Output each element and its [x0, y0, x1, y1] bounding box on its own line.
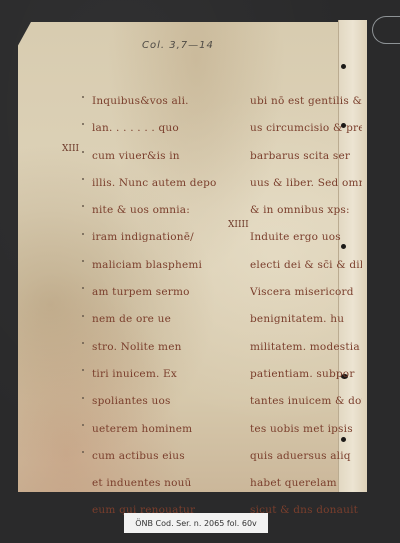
text-line: benignitatem. hu [250, 306, 362, 333]
text-line: cum actibus eius [92, 443, 232, 470]
text-line: barbarus scita ser [250, 143, 362, 170]
text-line: lan. . . . . . . quo [92, 115, 232, 142]
text-line: nem de ore ue [92, 306, 232, 333]
mounting-clip-icon [372, 16, 400, 44]
text-line: militatem. modestia [250, 334, 362, 361]
pencil-foliation-note: Col. 3,7—14 [142, 40, 214, 51]
text-line: habet querelam [250, 470, 362, 497]
text-line: quis aduersus aliq [250, 443, 362, 470]
text-line: Induite ergo uos [250, 224, 362, 251]
text-line: nite & uos omnia: [92, 197, 232, 224]
text-line: stro. Nolite men [92, 334, 232, 361]
text-line: Inquibus&vos ali. [92, 88, 232, 115]
wormhole-icon [341, 64, 346, 69]
text-line: ueterem hominem [92, 416, 232, 443]
text-line: et induentes nouū [92, 470, 232, 497]
text-line: tiri inuicem. Ex [92, 361, 232, 388]
text-line: cum viuer&is in [92, 143, 232, 170]
text-line: & in omnibus xps: [250, 197, 362, 224]
text-line: tes uobis met ipsis [250, 416, 362, 443]
text-line: maliciam blasphemi [92, 252, 232, 279]
marginal-chapter-number: XIII [62, 144, 79, 154]
text-column-left: Inquibus&vos ali. lan. . . . . . . quo c… [92, 88, 232, 525]
text-line: am turpem sermo [92, 279, 232, 306]
text-column-right: ubi nō est gentilis & iu us circumcisio … [250, 88, 362, 525]
text-line: tantes inuicem & don [250, 388, 362, 415]
text-line: illis. Nunc autem depo [92, 170, 232, 197]
text-line: uus & liber. Sed omnia [250, 170, 362, 197]
text-line: Viscera misericord [250, 279, 362, 306]
text-line: patientiam. subpor [250, 361, 362, 388]
text-line: ubi nō est gentilis & iu [250, 88, 362, 115]
caption-text: ÖNB Cod. Ser. n. 2065 fol. 60v [135, 519, 257, 528]
text-line: us circumcisio & preput [250, 115, 362, 142]
text-line: electi dei & sc̄i & dil [250, 252, 362, 279]
text-line: spoliantes uos [92, 388, 232, 415]
caption-label: ÖNB Cod. Ser. n. 2065 fol. 60v [124, 513, 268, 533]
text-line: iram indignationē/ [92, 224, 232, 251]
